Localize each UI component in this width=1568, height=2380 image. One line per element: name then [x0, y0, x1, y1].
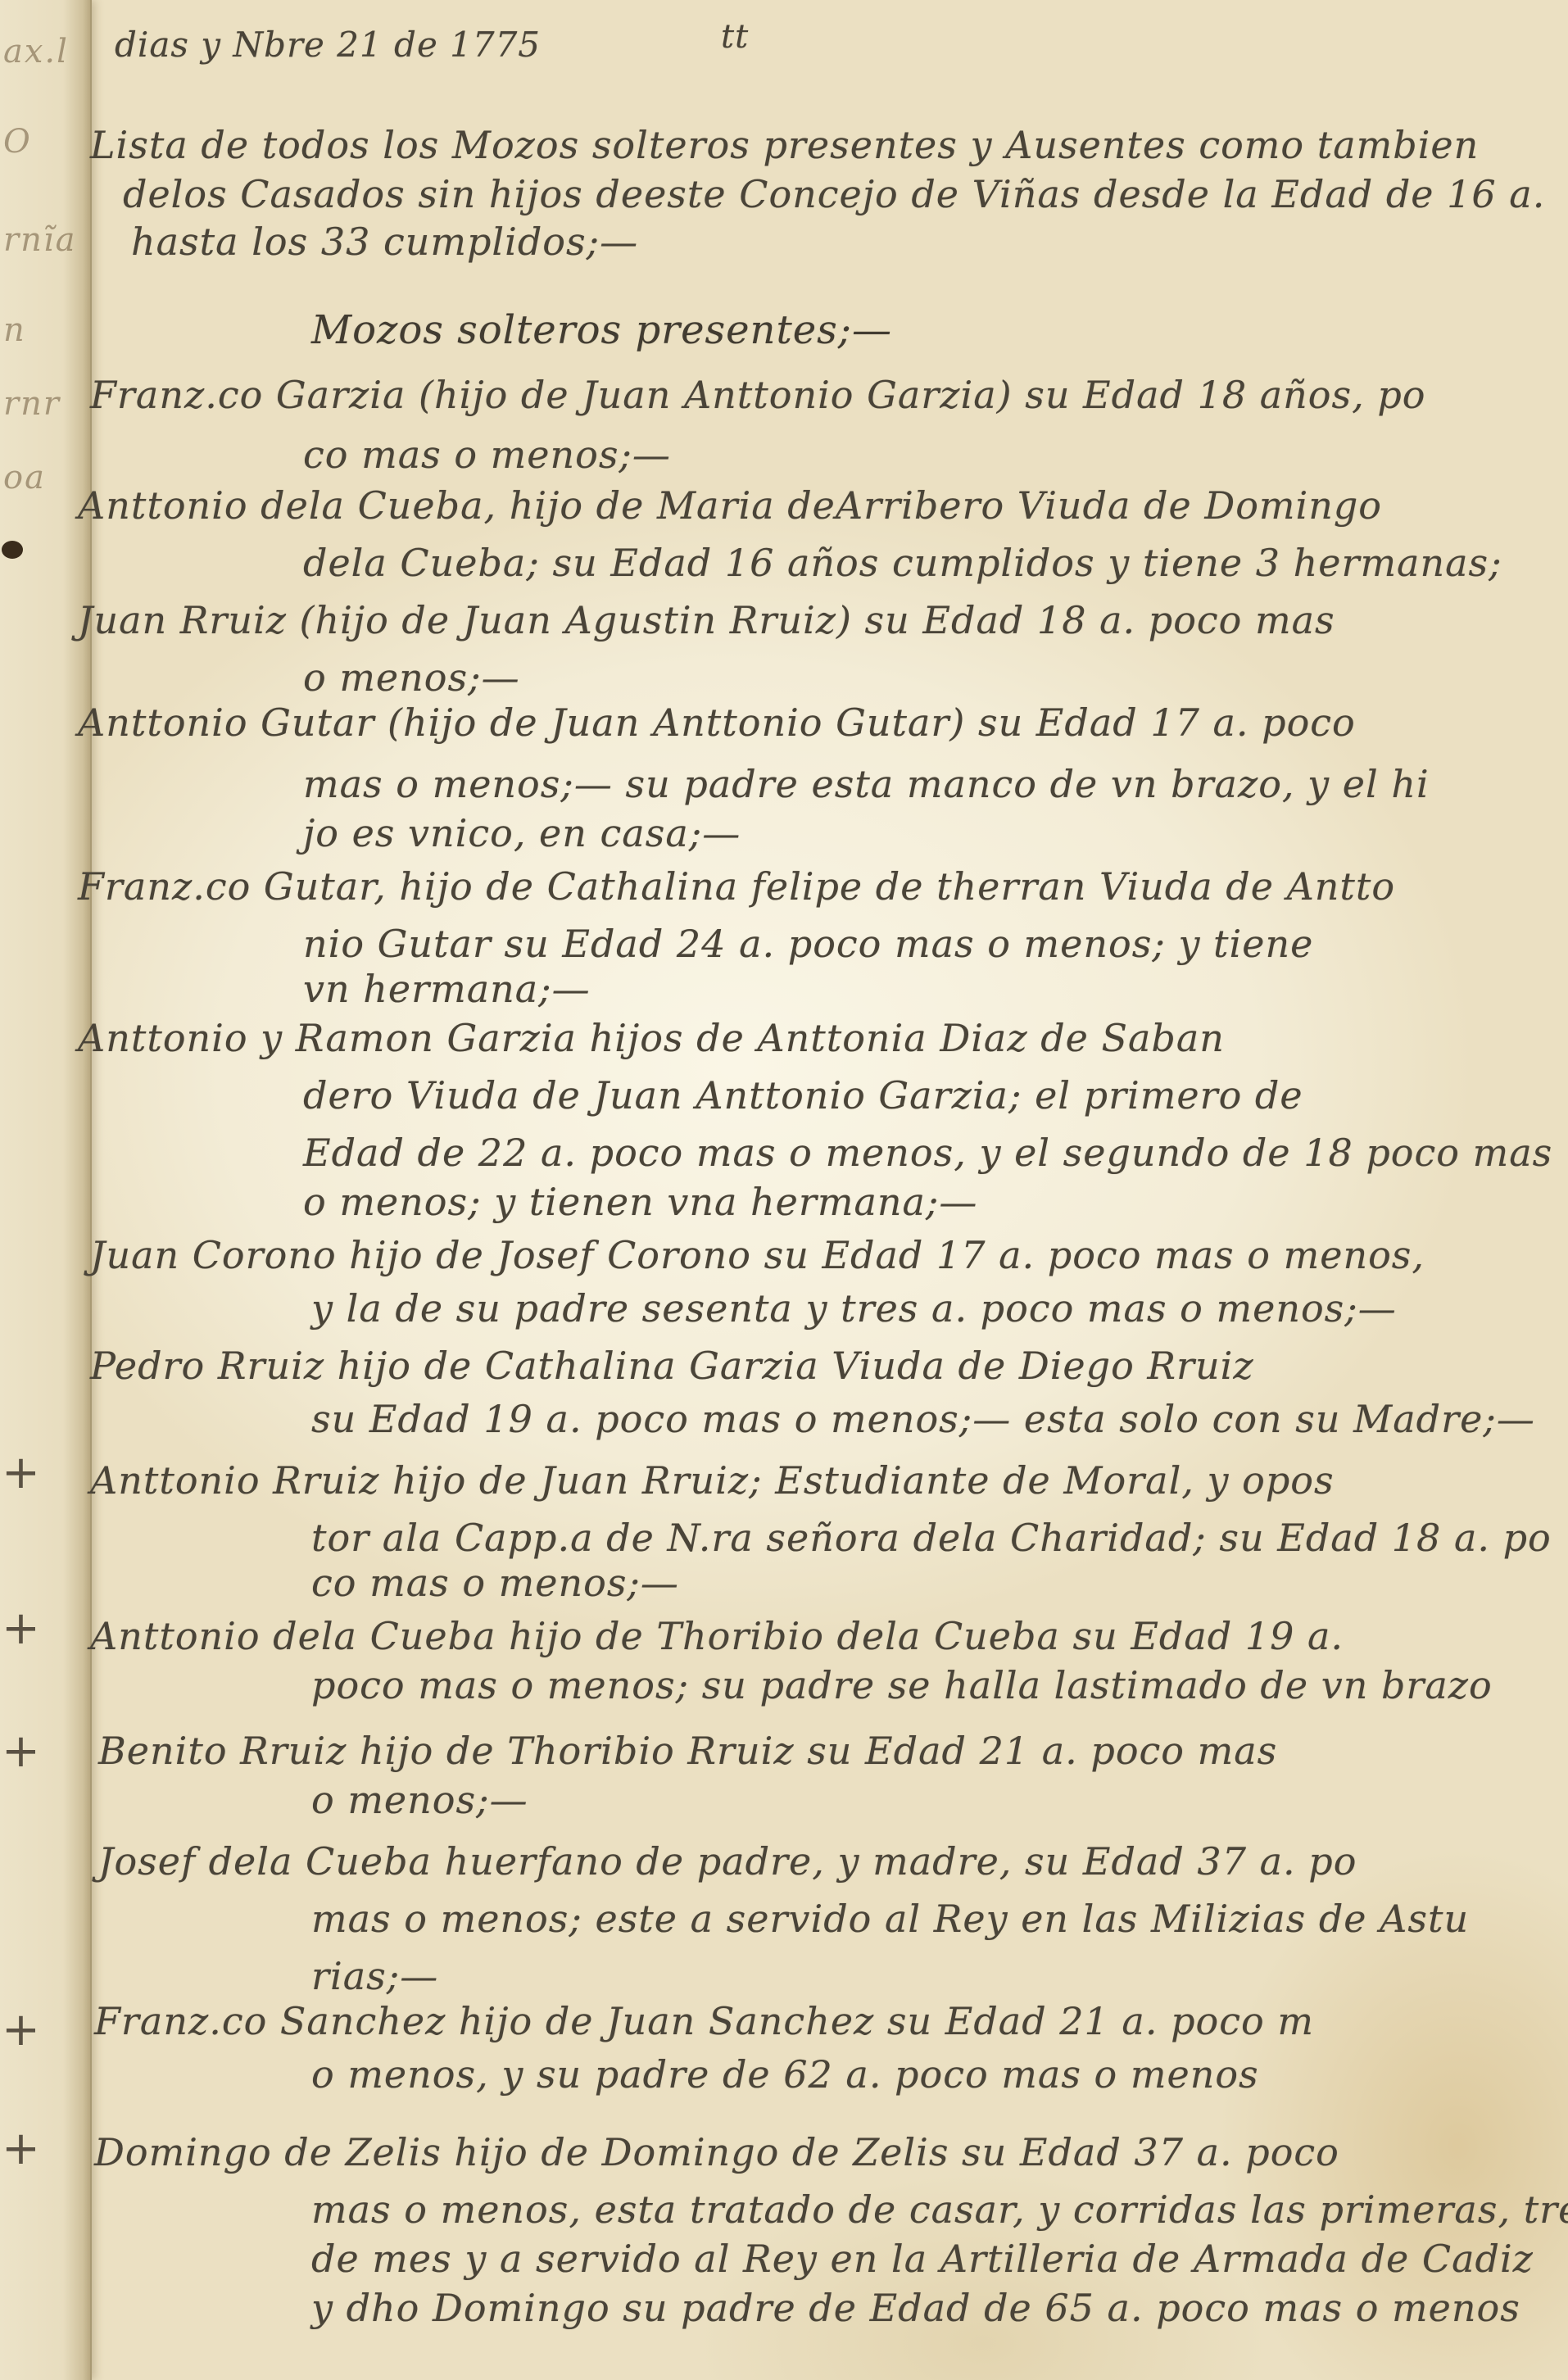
bleed-through-text: n — [3, 311, 26, 349]
entry-line: Anttonio dela Cueba hijo de Thoribio del… — [90, 1614, 1344, 1658]
corner-mark: tt — [721, 18, 749, 56]
entry-line: co mas o menos;— — [311, 1561, 679, 1605]
entry-line: Edad de 22 a. poco mas o menos, y el seg… — [303, 1131, 1552, 1175]
entry-line: rias;— — [311, 1954, 438, 1998]
entry-line: Juan Corono hijo de Josef Corono su Edad… — [90, 1233, 1425, 1277]
bleed-through-text: ax.l — [3, 33, 69, 70]
entry-line: Anttonio dela Cueba, hijo de Maria deArr… — [78, 483, 1382, 528]
entry-line: Franz.co Sanchez hijo de Juan Sanchez su… — [94, 1999, 1314, 2043]
entry-line: Anttonio Rruiz hijo de Juan Rruiz; Estud… — [90, 1458, 1335, 1503]
intro-line: delos Casados sin hijos deeste Concejo d… — [123, 172, 1545, 216]
entry-line: co mas o menos;— — [303, 433, 671, 477]
entry-line: Benito Rruiz hijo de Thoribio Rruiz su E… — [98, 1729, 1277, 1773]
bleed-through-text: rnr — [3, 385, 61, 423]
cross-margin-mark: + — [2, 2122, 40, 2175]
date-line: dias y Nbre 21 de 1775 — [115, 25, 541, 65]
entry-line: Anttonio y Ramon Garzia hijos de Anttoni… — [78, 1016, 1225, 1060]
entry-line: dero Viuda de Juan Anttonio Garzia; el p… — [303, 1073, 1303, 1117]
entry-line: Franz.co Garzia (hijo de Juan Anttonio G… — [90, 373, 1425, 417]
bleed-through-text: O — [3, 123, 32, 161]
entry-line: Franz.co Gutar, hijo de Cathalina felipe… — [78, 864, 1395, 909]
entry-line: vn hermana;— — [303, 967, 591, 1011]
entry-line: Josef dela Cueba huerfano de padre, y ma… — [98, 1839, 1357, 1884]
entry-line: o menos; y tienen vna hermana;— — [303, 1180, 977, 1224]
entry-line: mas o menos;— su padre esta manco de vn … — [303, 762, 1430, 806]
intro-line: Lista de todos los Mozos solteros presen… — [90, 123, 1479, 167]
entry-line: Anttonio Gutar (hijo de Juan Anttonio Gu… — [78, 700, 1356, 745]
cross-margin-mark: + — [2, 1602, 40, 1655]
entry-line: poco mas o menos; su padre se halla last… — [311, 1663, 1493, 1707]
section-heading: Mozos solteros presentes;— — [311, 307, 892, 353]
manuscript-page: ax.l O rnĩa n rnr oa dias y Nbre 21 de 1… — [0, 0, 1568, 2380]
entry-line: y la de su padre sesenta y tres a. poco … — [311, 1286, 1397, 1331]
cross-margin-mark: + — [2, 1725, 40, 1778]
entry-line: Juan Rruiz (hijo de Juan Agustin Rruiz) … — [78, 598, 1335, 642]
entry-line: nio Gutar su Edad 24 a. poco mas o menos… — [303, 922, 1313, 966]
entry-line: o menos;— — [311, 1778, 528, 1822]
entry-line: mas o menos; este a servido al Rey en la… — [311, 1897, 1469, 1941]
entry-line: y dho Domingo su padre de Edad de 65 a. … — [311, 2286, 1520, 2330]
bleed-through-text: rnĩa — [3, 221, 77, 259]
entry-line: jo es vnico, en casa;— — [303, 811, 741, 855]
entry-line: su Edad 19 a. poco mas o menos;— esta so… — [311, 1397, 1535, 1441]
intro-line: hasta los 33 cumplidos;— — [131, 220, 638, 264]
entry-line: o menos;— — [303, 655, 520, 700]
entry-line: tor ala Capp.a de N.ra señora dela Chari… — [311, 1516, 1552, 1560]
entry-line: Pedro Rruiz hijo de Cathalina Garzia Viu… — [90, 1344, 1254, 1388]
entry-line: de mes y a servido al Rey en la Artiller… — [311, 2237, 1534, 2281]
entry-line: Domingo de Zelis hijo de Domingo de Zeli… — [94, 2130, 1339, 2174]
bleed-through-text: oa — [3, 459, 46, 496]
entry-line: dela Cueba; su Edad 16 años cumplidos y … — [303, 541, 1502, 585]
ink-blot — [2, 541, 23, 559]
entry-line: mas o menos, esta tratado de casar, y co… — [311, 2187, 1568, 2232]
entry-line: o menos, y su padre de 62 a. poco mas o … — [311, 2052, 1259, 2097]
cross-margin-mark: + — [2, 1446, 40, 1499]
cross-margin-mark: + — [2, 2003, 40, 2056]
